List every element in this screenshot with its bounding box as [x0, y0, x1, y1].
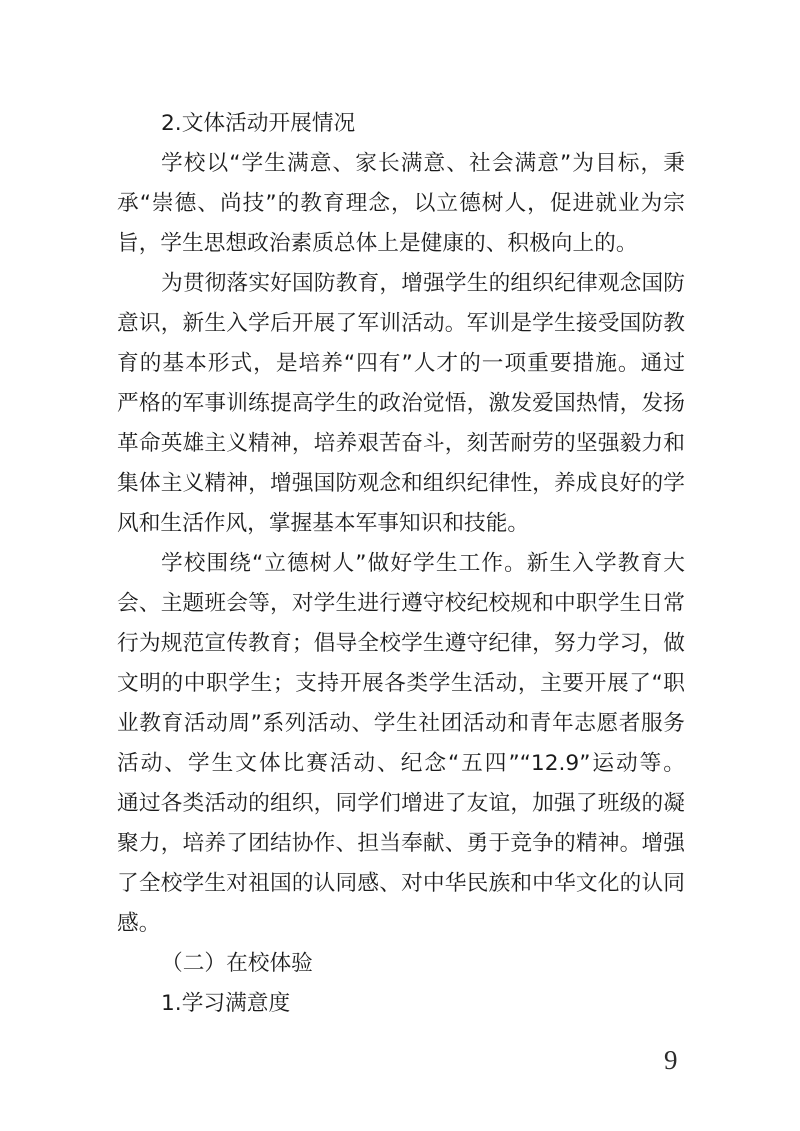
- body-line: 文明的中职学生；支持开展各类学生活动，主要开展了“职: [117, 664, 685, 704]
- body-line: 严格的军事训练提高学生的政治觉悟，激发爱国热情，发扬: [117, 384, 685, 424]
- body-line: 行为规范宣传教育；倡导全校学生遵守纪律，努力学习，做: [117, 624, 685, 664]
- body-line: 意识，新生入学后开展了军训活动。军训是学生接受国防教: [117, 304, 685, 344]
- body-line: 业教育活动周”系列活动、学生社团活动和青年志愿者服务: [117, 704, 685, 744]
- document-body: 2.文体活动开展情况 学校以“学生满意、家长满意、社会满意”为目标，秉 承“崇德…: [117, 104, 685, 1024]
- body-line: 风和生活作风，掌握基本军事知识和技能。: [117, 504, 685, 544]
- heading-campus-experience: （二）在校体验: [117, 944, 685, 984]
- body-line: 学校以“学生满意、家长满意、社会满意”为目标，秉: [117, 144, 685, 184]
- body-line: 革命英雄主义精神，培养艰苦奋斗，刻苦耐劳的坚强毅力和: [117, 424, 685, 464]
- body-line: 旨，学生思想政治素质总体上是健康的、积极向上的。: [117, 224, 685, 264]
- body-line: 活动、学生文体比赛活动、纪念“五四”“12.9”运动等。: [117, 744, 685, 784]
- body-line: 了全校学生对祖国的认同感、对中华民族和中华文化的认同: [117, 864, 685, 904]
- heading-learning-satisfaction: 1.学习满意度: [117, 984, 685, 1024]
- body-line: 集体主义精神，增强国防观念和组织纪律性，养成良好的学: [117, 464, 685, 504]
- page-number: 9: [664, 1044, 704, 1076]
- body-line: 感。: [117, 904, 685, 944]
- scanned-document-page: 2.文体活动开展情况 学校以“学生满意、家长满意、社会满意”为目标，秉 承“崇德…: [0, 0, 800, 1131]
- body-line: 育的基本形式，是培养“四有”人才的一项重要措施。通过: [117, 344, 685, 384]
- body-line: 为贯彻落实好国防教育，增强学生的组织纪律观念国防: [117, 264, 685, 304]
- body-line: 通过各类活动的组织，同学们增进了友谊，加强了班级的凝: [117, 784, 685, 824]
- body-line: 学校围绕“立德树人”做好学生工作。新生入学教育大: [117, 544, 685, 584]
- body-line: 聚力，培养了团结协作、担当奉献、勇于竞争的精神。增强: [117, 824, 685, 864]
- body-line: 会、主题班会等，对学生进行遵守校纪校规和中职学生日常: [117, 584, 685, 624]
- body-line: 承“崇德、尚技”的教育理念，以立德树人，促进就业为宗: [117, 184, 685, 224]
- heading-sports-culture-activities: 2.文体活动开展情况: [117, 104, 685, 144]
